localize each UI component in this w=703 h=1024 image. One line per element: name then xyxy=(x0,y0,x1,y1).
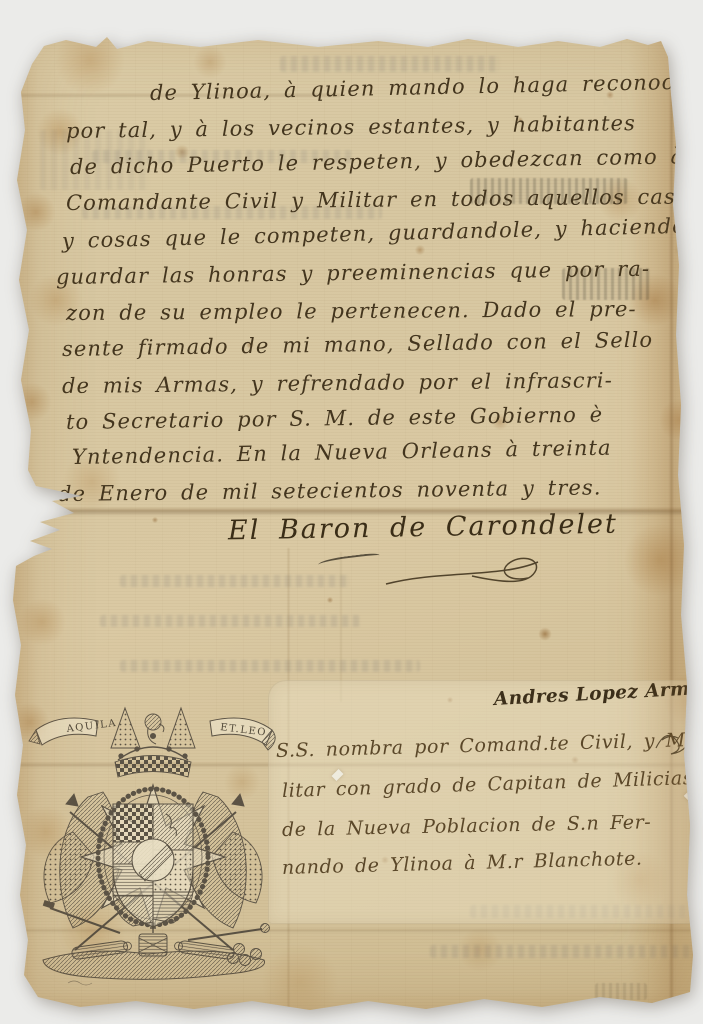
manuscript-line: to Secretario por S. M. de este Gobierno… xyxy=(66,399,604,436)
manuscript-line: sente firmado de mi mano, Sellado con el… xyxy=(62,325,654,364)
manuscript-line: de Enero de mil setecientos noventa y tr… xyxy=(58,472,602,509)
paper-hole xyxy=(681,481,697,497)
bleedthrough-text xyxy=(100,615,360,627)
scanned-document-page: { "page": { "background_color": "#ebebe9… xyxy=(0,0,703,1024)
manuscript-line: Yntendencia. En la Nueva Orleans à trein… xyxy=(72,433,612,472)
stray-ink-stroke xyxy=(318,552,381,569)
signature-flourish xyxy=(380,540,570,592)
bleedthrough-text xyxy=(120,660,420,672)
bleedthrough-text xyxy=(430,945,703,958)
bleedthrough-text xyxy=(120,575,350,587)
coat-of-arms-engraving: AQUILA ET.LEO xyxy=(28,692,280,988)
paper-hole xyxy=(678,241,695,258)
manuscript-line: de mis Armas, y refrendado por el infras… xyxy=(62,365,613,401)
bleedthrough-text xyxy=(280,56,500,72)
paper-sheet: de Ylinoa, à quien mando lo haga reconoc… xyxy=(0,0,703,1024)
manuscript-line: por tal, y à los vecinos estantes, y hab… xyxy=(66,108,636,146)
bleedthrough-stamp xyxy=(595,983,647,1000)
manuscript-line: de dicho Puerto le respeten, y obedezcan… xyxy=(70,141,703,182)
manuscript-line: zon de su empleo le pertenecen. Dado el … xyxy=(66,294,637,328)
manuscript-line: de Ylinoa, à quien mando lo haga reconoc… xyxy=(150,66,700,107)
paper-wrapper: de Ylinoa, à quien mando lo haga reconoc… xyxy=(0,0,703,1024)
